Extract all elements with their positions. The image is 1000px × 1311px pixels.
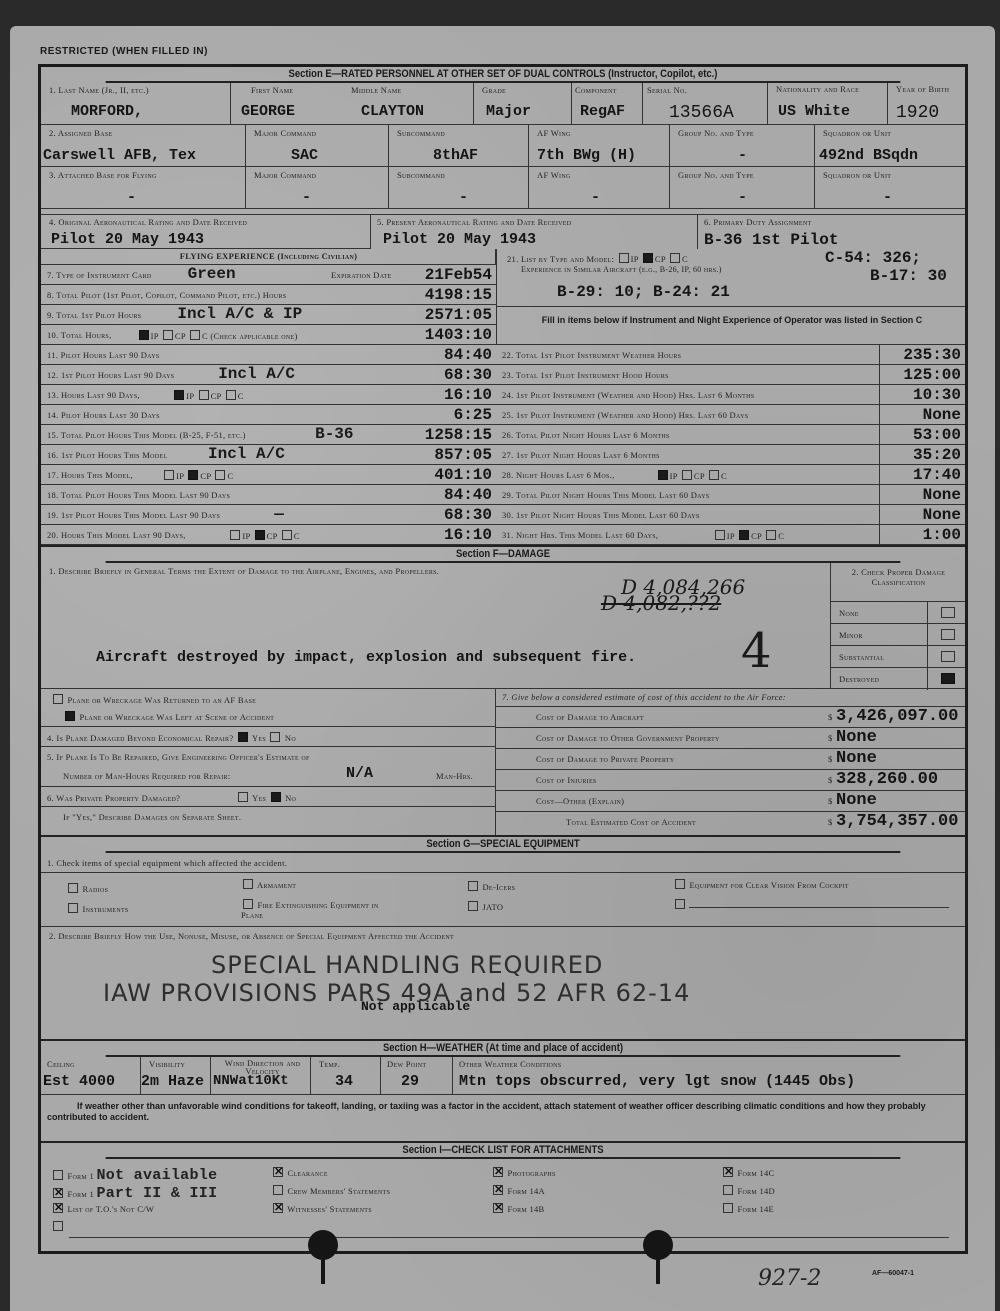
experience-value: 857:05 — [434, 446, 492, 464]
experience-value: 4198:15 — [425, 286, 492, 304]
attachment-item: Form 14B — [491, 1203, 545, 1214]
classification-checkbox[interactable] — [941, 629, 955, 640]
attachment-item: Form 14E — [721, 1203, 774, 1214]
row3-ip-checkbox[interactable] — [139, 330, 149, 340]
special-equipment-description: 2. Describe Briefly How the Use, Nonuse,… — [41, 927, 965, 1039]
other-equipment-checkbox[interactable] — [675, 899, 685, 909]
row13-ip-checkbox[interactable] — [230, 530, 240, 540]
night-instrument-value: 125:00 — [903, 366, 961, 384]
experience-value: 16:10 — [444, 526, 492, 544]
beyond-repair-yes[interactable] — [238, 732, 248, 742]
temp-value: 34 — [335, 1073, 353, 1090]
night-instrument-value: 17:40 — [913, 466, 961, 484]
classification-none: None — [831, 601, 965, 623]
attached-squadron-value: - — [883, 189, 892, 206]
cost-row: Cost of Damage to Aircraft $ 3,426,097.0… — [496, 707, 965, 728]
subcommand-cell: Subcommand 8thAF — [389, 125, 529, 167]
clear-vision-checkbox[interactable] — [675, 879, 685, 889]
cost-row: Cost of Damage to Other Government Prope… — [496, 728, 965, 749]
attachment-checkbox[interactable] — [723, 1167, 733, 1177]
experience-value: 2571:05 — [425, 306, 492, 324]
middle-name-cell: Middle Name CLAYTON — [341, 83, 474, 125]
section-g-title: Section G—SPECIAL EQUIPMENT — [106, 837, 901, 853]
special-handling-stamp-line1: SPECIAL HANDLING REQUIRED — [211, 951, 603, 979]
cost-value: 3,426,097.00 — [836, 707, 961, 726]
serial-value: 13566A — [669, 103, 734, 123]
wind-value: NNWat10Kt — [213, 1073, 289, 1089]
attached-base-cell: 3. Attached Base for Flying - — [41, 167, 246, 209]
attachment-checkbox[interactable] — [723, 1203, 733, 1213]
other-weather-value: Mtn tops obscurred, very lgt snow (1445 … — [459, 1073, 855, 1090]
item-21-box: 21. List by Type and Model: IP CP C Expe… — [496, 249, 965, 307]
night-instrument-value: 1:00 — [923, 526, 961, 544]
cost-value: None — [836, 749, 961, 768]
middle-name-value: CLAYTON — [361, 103, 424, 120]
night-instrument-value: None — [923, 506, 961, 524]
row6-c-checkbox[interactable] — [226, 390, 236, 400]
squadron-value: 492nd BSqdn — [819, 147, 918, 164]
original-rating-value: Pilot 20 May 1943 — [51, 231, 204, 248]
assigned-base-value: Carswell AFB, Tex — [43, 147, 196, 164]
ceiling-cell: Ceiling Est 4000 — [41, 1057, 141, 1095]
yob-value: 1920 — [896, 103, 939, 123]
attachment-item: Form 14C — [721, 1167, 775, 1178]
attached-wing-cell: AF Wing - — [529, 167, 670, 209]
experience-value: 401:10 — [434, 466, 492, 484]
restricted-marking: RESTRICTED (WHEN FILLED IN) — [40, 46, 208, 57]
form-number: AF—60047-1 — [872, 1270, 914, 1277]
cost-row: Cost of Injuries $ 328,260.00 — [496, 770, 965, 791]
attached-major-command-cell: Major Command - — [246, 167, 389, 209]
classification-list: None Minor Substantial Destroyed — [831, 601, 965, 689]
attachment-checkbox[interactable] — [53, 1170, 63, 1180]
primary-duty-value: B-36 1st Pilot — [704, 231, 838, 249]
experience-row: 18. Total Pilot Hours This Model Last 90… — [41, 485, 496, 505]
attached-subcommand-value: - — [459, 189, 468, 206]
item-21-line1b: B-17: 30 — [870, 267, 947, 285]
af-wing-cell: AF Wing 7th BWg (H) — [529, 125, 670, 167]
classification-minor: Minor — [831, 623, 965, 645]
cost-value: 3,754,357.00 — [836, 812, 961, 831]
section-f-title: Section F—DAMAGE — [106, 547, 901, 563]
section-h-title: Section H—WEATHER (At time and place of … — [106, 1041, 901, 1057]
cost-row: Total Estimated Cost of Accident $ 3,754… — [496, 812, 965, 833]
left-at-scene-checkbox[interactable] — [65, 711, 75, 721]
radios-checkbox[interactable] — [68, 883, 78, 893]
night-instrument-row: 28. Night Hours Last 6 Mos.,IP CP C 17:4… — [496, 465, 965, 485]
experience-row: 7. Type of Instrument CardGreenExpiratio… — [41, 265, 496, 285]
component-cell: Component RegAF — [572, 83, 643, 125]
row6-ip-checkbox[interactable] — [174, 390, 184, 400]
rrow9-cp-checkbox[interactable] — [739, 530, 749, 540]
attachment-item: List of T.O.'s Not C/W — [51, 1203, 154, 1214]
weather-note: If weather other than unfavorable wind c… — [41, 1095, 965, 1133]
experience-row: 20. Hours This Model Last 90 Days,IP CP … — [41, 525, 496, 545]
attachments-line — [69, 1237, 949, 1238]
experience-row: 12. 1st Pilot Hours Last 90 DaysIncl A/C… — [41, 365, 496, 385]
night-instrument-row: 25. 1st Pilot Instrument (Weather and Ho… — [496, 405, 965, 425]
last-name-cell: 1. Last Name (Jr., II, etc.) MORFORD, — [41, 83, 231, 125]
row10-c-checkbox[interactable] — [215, 470, 225, 480]
attachment-item: Clearance — [271, 1167, 328, 1178]
fire-extinguishing-checkbox[interactable] — [243, 899, 253, 909]
night-instrument-row: 30. 1st Pilot Night Hours This Model Las… — [496, 505, 965, 525]
original-rating-cell: 4. Original Aeronautical Rating and Date… — [41, 215, 371, 249]
group-cell: Group No. and Type - — [670, 125, 815, 167]
night-instrument-value: 10:30 — [913, 386, 961, 404]
experience-row: 13. Hours Last 90 Days,IP CP C 16:10 — [41, 385, 496, 405]
row6-cp-checkbox[interactable] — [199, 390, 209, 400]
cp-checkbox[interactable] — [643, 253, 653, 263]
attached-group-cell: Group No. and Type - — [670, 167, 815, 209]
experience-row: 15. Total Pilot Hours This Model (B-25, … — [41, 425, 496, 445]
attached-group-value: - — [738, 189, 747, 206]
last-name-value: MORFORD, — [71, 103, 143, 120]
item-21-line1: C-54: 326; — [825, 249, 921, 267]
attachment-checkbox[interactable] — [273, 1203, 283, 1213]
cost-row: Cost of Damage to Private Property $ Non… — [496, 749, 965, 770]
damage-description-value: Aircraft destroyed by impact, explosion … — [96, 649, 636, 666]
binder-hole-right — [643, 1230, 673, 1260]
present-rating-value: Pilot 20 May 1943 — [383, 231, 536, 248]
dew-point-cell: Dew Point 29 — [381, 1057, 453, 1095]
experience-row: 17. Hours This Model,IP CP C 401:10 — [41, 465, 496, 485]
night-instrument-value: 53:00 — [913, 426, 961, 444]
night-instrument-row: 24. 1st Pilot Instrument (Weather and Ho… — [496, 385, 965, 405]
classification-destroyed: Destroyed — [831, 667, 965, 689]
attachment-item: Form 1 Part II & III — [51, 1185, 217, 1202]
cost-row: Cost—Other (Explain) $ None — [496, 791, 965, 812]
special-equipment-value: Not applicable — [361, 999, 470, 1014]
grade-value: Major — [486, 103, 531, 120]
rrow6-cp-checkbox[interactable] — [682, 470, 692, 480]
item-21-label: 21. List by Type and Model: IP CP C — [507, 253, 688, 264]
row13-c-checkbox[interactable] — [282, 530, 292, 540]
row10-cp-checkbox[interactable] — [188, 470, 198, 480]
ip-checkbox[interactable] — [619, 253, 629, 263]
night-instrument-row: 26. Total Pilot Night Hours Last 6 Month… — [496, 425, 965, 445]
cost-estimate-box: 7. Give below a considered estimate of c… — [496, 689, 965, 835]
private-damage-yes[interactable] — [238, 792, 248, 802]
row3-cp-checkbox[interactable] — [163, 330, 173, 340]
temp-cell: Temp. 34 — [311, 1057, 381, 1095]
yob-cell: Year of Birth 1920 — [888, 83, 965, 125]
attachment-item: Crew Members' Statements — [271, 1185, 390, 1196]
experience-value: 1258:15 — [425, 426, 492, 444]
experience-value: 68:30 — [444, 506, 492, 524]
row13-cp-checkbox[interactable] — [255, 530, 265, 540]
experience-row: 11. Pilot Hours Last 90 Days84:40 — [41, 345, 496, 365]
assigned-base-cell: 2. Assigned Base Carswell AFB, Tex — [41, 125, 246, 167]
visibility-value: 2m Haze — [141, 1073, 204, 1090]
other-weather-cell: Other Weather Conditions Mtn tops obscur… — [453, 1057, 965, 1095]
handwritten-struck-number: D 4,082,??2 — [601, 591, 721, 615]
experience-value: 6:25 — [454, 406, 492, 424]
attached-subcommand-cell: Subcommand - — [389, 167, 529, 209]
first-name-cell: First Name GEORGE — [231, 83, 341, 125]
item-21-line2: B-29: 10; B-24: 21 — [557, 283, 730, 301]
instruments-checkbox[interactable] — [68, 903, 78, 913]
experience-value: 16:10 — [444, 386, 492, 404]
experience-row: 8. Total Pilot (1st Pilot, Copilot, Comm… — [41, 285, 496, 305]
returned-checkbox[interactable] — [53, 694, 63, 704]
cost-value: None — [836, 791, 961, 810]
flying-experience-header: FLYING EXPERIENCE (Including Civilian) — [41, 249, 496, 265]
night-instrument-row: 29. Total Pilot Night Hours This Model L… — [496, 485, 965, 505]
de-icers-checkbox[interactable] — [468, 881, 478, 891]
dew-point-value: 29 — [401, 1073, 419, 1090]
items-3-6: Plane or Wreckage Was Returned to an AF … — [41, 689, 496, 835]
damage-description-box: 1. Describe Briefly in General Terms the… — [41, 563, 831, 689]
night-instrument-row: 23. Total 1st Pilot Instrument Hood Hour… — [496, 365, 965, 385]
night-instrument-row: 31. Night Hrs. This Model Last 60 Days,I… — [496, 525, 965, 545]
night-instrument-value: 35:20 — [913, 446, 961, 464]
attachment-item: Form 14D — [721, 1185, 775, 1196]
row3-c-checkbox[interactable] — [190, 330, 200, 340]
ceiling-value: Est 4000 — [43, 1073, 115, 1090]
night-instrument-row: 22. Total 1st Pilot Instrument Weather H… — [496, 345, 965, 365]
section-e-title: Section E—RATED PERSONNEL AT OTHER SET O… — [106, 67, 901, 83]
cost-value: 328,260.00 — [836, 770, 961, 789]
row10-ip-checkbox[interactable] — [164, 470, 174, 480]
attachment-checkbox[interactable] — [493, 1167, 503, 1177]
damage-classification-box: 2. Check Proper Damage Classification No… — [831, 563, 965, 689]
experience-value: 21Feb54 — [425, 266, 492, 284]
jato-checkbox[interactable] — [468, 901, 478, 911]
rrow6-ip-checkbox[interactable] — [658, 470, 668, 480]
attachment-checkbox[interactable] — [493, 1203, 503, 1213]
section-i-title: Section I—CHECK LIST FOR ATTACHMENTS — [106, 1143, 901, 1159]
experience-value: 68:30 — [444, 366, 492, 384]
rrow9-c-checkbox[interactable] — [766, 530, 776, 540]
first-name-value: GEORGE — [241, 103, 295, 120]
attachment-checkbox[interactable] — [273, 1185, 283, 1195]
experience-row: 16. 1st Pilot Hours This ModelIncl A/C85… — [41, 445, 496, 465]
classification-checkbox[interactable] — [941, 651, 955, 662]
c-checkbox[interactable] — [670, 253, 680, 263]
experience-value: 84:40 — [444, 346, 492, 364]
component-value: RegAF — [580, 103, 625, 120]
attached-wing-value: - — [591, 189, 600, 206]
primary-duty-cell: 6. Primary Duty Assignment B-36 1st Pilo… — [698, 215, 965, 249]
experience-row: 14. Pilot Hours Last 30 Days6:25 — [41, 405, 496, 425]
squadron-cell: Squadron or Unit 492nd BSqdn — [815, 125, 965, 167]
night-instrument-row: 27. 1st Pilot Night Hours Last 6 Months … — [496, 445, 965, 465]
nationality-value: US White — [778, 103, 850, 120]
private-damage-no[interactable] — [271, 792, 281, 802]
nationality-cell: Nationality and Race US White — [768, 83, 888, 125]
attachment-checkbox[interactable] — [53, 1188, 63, 1198]
attachment-checkbox[interactable] — [723, 1185, 733, 1195]
rrow6-c-checkbox[interactable] — [709, 470, 719, 480]
major-command-cell: Major Command SAC — [246, 125, 389, 167]
fill-note-box: Fill in items below if Instrument and Ni… — [496, 307, 965, 345]
experience-row: 19. 1st Pilot Hours This Model Last 90 D… — [41, 505, 496, 525]
visibility-cell: Visibility 2m Haze — [141, 1057, 211, 1095]
night-instrument-value: None — [923, 406, 961, 424]
beyond-repair-no[interactable] — [270, 732, 280, 742]
night-instrument-value: 235:30 — [903, 346, 961, 364]
attachment-checkbox[interactable] — [273, 1167, 283, 1177]
attached-squadron-cell: Squadron or Unit - — [815, 167, 965, 209]
serial-cell: Serial No. 13566A — [643, 83, 768, 125]
cost-value: None — [836, 728, 961, 747]
attachment-checkbox[interactable] — [493, 1185, 503, 1195]
attachment-item: Form 14A — [491, 1185, 545, 1196]
accident-report-form: Section E—RATED PERSONNEL AT OTHER SET O… — [38, 64, 968, 1254]
attachment-item: Witnesses' Statements — [271, 1203, 372, 1214]
special-equipment-checklist: Radios Instruments Armament Fire Extingu… — [41, 873, 965, 927]
classification-substantial: Substantial — [831, 645, 965, 667]
attachment-item — [51, 1221, 65, 1232]
attachment-checkbox[interactable] — [53, 1221, 63, 1231]
experience-row: 9. Total 1st Pilot HoursIncl A/C & IP257… — [41, 305, 496, 325]
attachments-checklist: Form 1 Not available Form 1 Part II & II… — [41, 1159, 965, 1251]
subcommand-value: 8thAF — [433, 147, 478, 164]
armament-checkbox[interactable] — [243, 879, 253, 889]
attachment-item: Photographs — [491, 1167, 556, 1178]
night-instrument-value: None — [923, 486, 961, 504]
major-command-value: SAC — [291, 147, 318, 164]
handwritten-mark: 4 — [741, 623, 772, 679]
attached-base-value: - — [127, 189, 136, 206]
group-value: - — [738, 147, 747, 164]
present-rating-cell: 5. Present Aeronautical Rating and Date … — [371, 215, 698, 249]
classification-checkbox[interactable] — [941, 607, 955, 618]
attachment-checkbox[interactable] — [53, 1203, 63, 1213]
experience-value: 1403:10 — [425, 326, 492, 344]
experience-value: 84:40 — [444, 486, 492, 504]
wind-cell: Wind Direction and Velocity NNWat10Kt — [211, 1057, 311, 1095]
attached-major-command-value: - — [302, 189, 311, 206]
rrow9-ip-checkbox[interactable] — [715, 530, 725, 540]
attachment-item: Form 1 Not available — [51, 1167, 217, 1184]
classification-checkbox[interactable] — [941, 673, 955, 684]
handwritten-page-number: 927-2 — [758, 1266, 821, 1291]
experience-row: 10. Total Hours,IP CP C (Check applicabl… — [41, 325, 496, 345]
af-wing-value: 7th BWg (H) — [537, 147, 636, 164]
binder-hole-left — [308, 1230, 338, 1260]
grade-cell: Grade Major — [474, 83, 572, 125]
